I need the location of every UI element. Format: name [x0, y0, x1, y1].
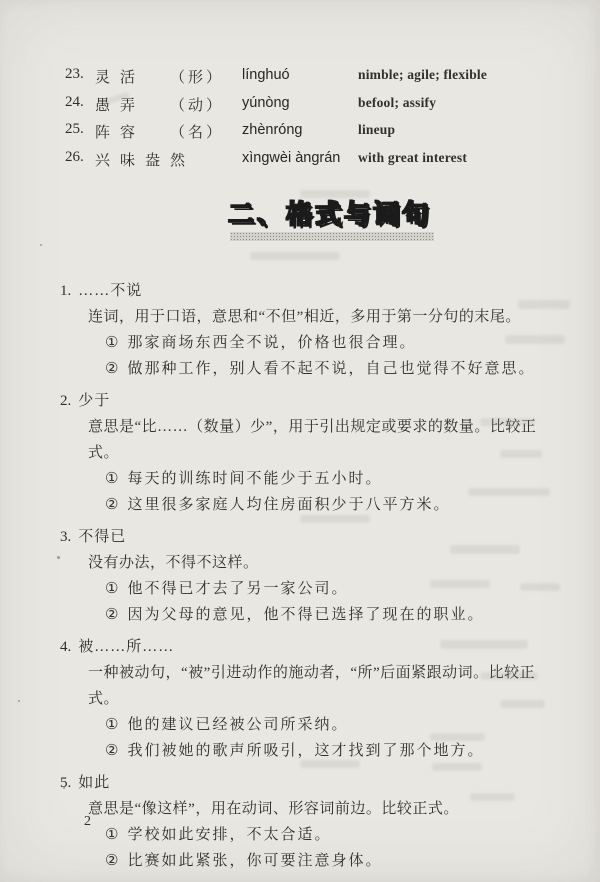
example-text: 因为父母的意见，他不得已选择了现在的职业。: [127, 607, 484, 623]
example-text: 做那种工作，别人看不起不说，自己也觉得不好意思。: [127, 361, 535, 377]
vocab-row: 25. 阵容 （名） zhènróng lineup: [65, 121, 565, 149]
bleedthrough-smudge: [450, 545, 520, 554]
vocab-english: befool; assify: [358, 95, 436, 111]
grammar-title-text: 少于: [78, 393, 110, 409]
example-text: 那家商场东西全不说，价格也很合理。: [127, 335, 416, 351]
vocab-english: nimble; agile; flexible: [358, 67, 487, 83]
ink-speckle: [40, 244, 42, 246]
circled-number-icon: ②: [105, 497, 118, 513]
section-header-shadow-bar: [230, 232, 434, 241]
grammar-section-3: 3.不得已 没有办法，不得不这样。 ①他不得已才去了另一家公司。 ②因为父母的意…: [60, 524, 565, 628]
example-text: 每天的训练时间不能少于五小时。: [127, 471, 382, 487]
section-header-title: 二、格式与词句: [228, 200, 438, 228]
bleedthrough-smudge: [440, 640, 528, 649]
example-sentence: ①他的建议已经被公司所采纳。: [60, 712, 565, 738]
grammar-title-text: 被……所……: [78, 639, 174, 655]
grammar-section-5: 5.如此 意思是“像这样”，用在动词、形容词前边。比较正式。 ①学校如此安排，不…: [60, 770, 565, 874]
bleedthrough-smudge: [300, 190, 370, 198]
grammar-number: 5.: [60, 775, 71, 791]
vocab-pinyin: línghuó: [242, 67, 290, 83]
grammar-explanation: 连词，用于口语，意思和“不但”相近，多用于第一分句的末尾。: [60, 304, 565, 330]
vocab-number: 26.: [65, 149, 84, 166]
grammar-section-2: 2.少于 意思是“比……（数量）少”，用于引出规定或要求的数量。比较正式。 ①每…: [60, 388, 565, 518]
vocab-row: 24. 愚弄 （动） yúnòng befool; assify: [65, 94, 565, 122]
bleedthrough-smudge: [432, 763, 482, 771]
ink-speckle: [57, 556, 60, 559]
bleedthrough-smudge: [300, 760, 360, 768]
example-sentence: ②因为父母的意见，他不得已选择了现在的职业。: [60, 602, 565, 628]
example-sentence: ②比赛如此紧张，你可要注意身体。: [60, 848, 565, 874]
grammar-number: 1.: [60, 283, 71, 299]
bleedthrough-smudge: [430, 580, 490, 588]
grammar-section-4: 4.被……所…… 一种被动句，“被”引进动作的施动者，“所”后面紧跟动词。比较正…: [60, 634, 565, 764]
example-sentence: ①那家商场东西全不说，价格也很合理。: [60, 330, 565, 356]
circled-number-icon: ②: [105, 743, 118, 759]
circled-number-icon: ①: [105, 581, 118, 597]
grammar-sections: 1.……不说 连词，用于口语，意思和“不但”相近，多用于第一分句的末尾。 ①那家…: [60, 278, 565, 880]
bleedthrough-smudge: [480, 672, 538, 680]
bleedthrough-smudge: [480, 418, 535, 426]
vocab-number: 25.: [65, 121, 84, 138]
example-text: 他不得已才去了另一家公司。: [127, 581, 348, 597]
bleedthrough-smudge: [250, 252, 340, 260]
vocab-number: 23.: [65, 66, 84, 83]
vocab-list: 23. 灵活 （形） línghuó nimble; agile; flexib…: [65, 66, 565, 176]
vocab-pinyin: yúnòng: [242, 95, 290, 111]
bleedthrough-smudge: [468, 488, 550, 496]
bleedthrough-smudge: [505, 335, 565, 344]
circled-number-icon: ①: [105, 335, 118, 351]
circled-number-icon: ②: [105, 361, 118, 377]
ink-speckle: [63, 787, 65, 789]
bleedthrough-smudge: [500, 450, 542, 458]
grammar-number: 4.: [60, 639, 71, 655]
grammar-title: 1.……不说: [60, 278, 565, 304]
circled-number-icon: ②: [105, 853, 118, 869]
vocab-word: 兴味盎然: [95, 149, 195, 170]
grammar-title: 2.少于: [60, 388, 565, 414]
example-sentence: ①他不得已才去了另一家公司。: [60, 576, 565, 602]
example-sentence: ②做那种工作，别人看不起不说，自己也觉得不好意思。: [60, 356, 565, 382]
example-text: 学校如此安排，不太合适。: [127, 827, 331, 843]
example-text: 比赛如此紧张，你可要注意身体。: [127, 853, 382, 869]
bleedthrough-smudge: [470, 793, 515, 801]
section-header: 二、格式与词句: [228, 200, 438, 241]
example-sentence: ①学校如此安排，不太合适。: [60, 822, 565, 848]
grammar-number: 3.: [60, 529, 71, 545]
vocab-pinyin: zhènróng: [242, 122, 302, 138]
vocab-row: 23. 灵活 （形） línghuó nimble; agile; flexib…: [65, 66, 565, 94]
example-text: 他的建议已经被公司所采纳。: [127, 717, 348, 733]
grammar-title-text: 如此: [78, 775, 110, 791]
vocab-word: 灵活: [95, 66, 145, 87]
bleedthrough-smudge: [518, 300, 570, 309]
grammar-section-1: 1.……不说 连词，用于口语，意思和“不但”相近，多用于第一分句的末尾。 ①那家…: [60, 278, 565, 382]
page-number: 2: [84, 814, 91, 830]
grammar-title-text: ……不说: [78, 283, 142, 299]
circled-number-icon: ①: [105, 717, 118, 733]
circled-number-icon: ②: [105, 607, 118, 623]
bleedthrough-smudge: [500, 700, 545, 708]
vocab-number: 24.: [65, 94, 84, 111]
vocab-english: with great interest: [358, 150, 467, 166]
vocab-english: lineup: [358, 122, 395, 138]
example-text: 我们被她的歌声所吸引，这才找到了那个地方。: [127, 743, 484, 759]
vocab-word: 阵容: [95, 121, 145, 142]
vocab-pos: （形）: [170, 66, 224, 87]
vocab-pos: （动）: [170, 94, 224, 115]
bleedthrough-smudge: [520, 583, 560, 591]
vocab-pos: （名）: [170, 121, 224, 142]
circled-number-icon: ①: [105, 471, 118, 487]
grammar-explanation: 一种被动句，“被”引进动作的施动者，“所”后面紧跟动词。比较正式。: [60, 660, 565, 712]
bleedthrough-smudge: [430, 733, 485, 741]
ink-speckle: [18, 700, 20, 702]
grammar-title-text: 不得已: [78, 529, 126, 545]
vocab-row: 26. 兴味盎然 xìngwèi àngrán with great inter…: [65, 149, 565, 177]
bleedthrough-smudge: [300, 515, 370, 523]
circled-number-icon: ①: [105, 827, 118, 843]
grammar-number: 2.: [60, 393, 71, 409]
vocab-pinyin: xìngwèi àngrán: [242, 150, 340, 166]
example-text: 这里很多家庭人均住房面积少于八平方米。: [127, 497, 450, 513]
